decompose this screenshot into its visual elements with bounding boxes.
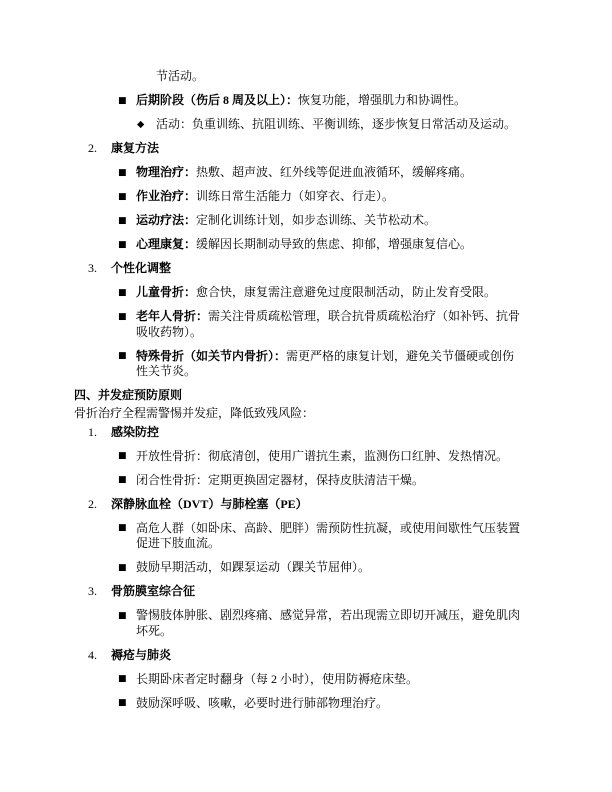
- block-square: ■闭合性骨折：定期更换固定器材，保持皮肤清洁干燥。: [74, 473, 526, 489]
- bold-lead: 褥疮与肺炎: [111, 648, 171, 662]
- block-square: ■心理康复：缓解因长期制动导致的焦虑、抑郁，增强康复信心。: [74, 237, 526, 253]
- document-page: 节活动。■后期阶段（伤后 8 周及以上）：恢复功能，增强肌力和协调性。◆活动：负…: [0, 0, 612, 792]
- text-run: 活动：负重训练、抗阻训练、平衡训练，逐步恢复日常活动及运动。: [156, 117, 516, 131]
- block-square: ■物理治疗：热敷、超声波、红外线等促进血液循环，缓解疼痛。: [74, 165, 526, 181]
- block-square: ■高危人群（如卧床、高龄、肥胖）需预防性抗凝，或使用间歇性气压装置促进下肢血流。: [74, 521, 526, 552]
- text-run: 节活动。: [156, 69, 204, 83]
- block-numbered: 1.感染防控: [74, 425, 526, 441]
- text-run: 高危人群（如卧床、高龄、肥胖）需预防性抗凝，或使用间歇性气压装置促进下肢血流。: [136, 521, 520, 551]
- text-run: 训练日常生活能力（如穿衣、行走）。: [196, 189, 394, 203]
- list-number: 2.: [88, 497, 97, 513]
- square-bullet-icon: ■: [118, 166, 127, 182]
- square-bullet-icon: ■: [118, 473, 127, 489]
- bold-lead: 老年人骨折：: [136, 309, 208, 323]
- text-run: 缓解因长期制动导致的焦虑、抑郁，增强康复信心。: [196, 237, 472, 251]
- block-numbered: 2.康复方法: [74, 141, 526, 157]
- text-run: 闭合性骨折：定期更换固定器材，保持皮肤清洁干燥。: [136, 473, 424, 487]
- text-run: 开放性骨折：彻底清创，使用广谱抗生素，监测伤口红肿、发热情况。: [136, 449, 508, 463]
- block-square: ■特殊骨折（如关节内骨折）：需更严格的康复计划，避免关节僵硬或创伤性关节炎。: [74, 349, 526, 380]
- square-bullet-icon: ■: [118, 561, 127, 577]
- text-run: 恢复功能，增强肌力和协调性。: [298, 93, 466, 107]
- diamond-bullet-icon: ◆: [137, 117, 144, 133]
- block-square: ■开放性骨折：彻底清创，使用广谱抗生素，监测伤口红肿、发热情况。: [74, 449, 526, 465]
- bold-lead: 深静脉血栓（DVT）与肺栓塞（PE）: [111, 497, 308, 511]
- text-run: 鼓励深呼吸、咳嗽，必要时进行肺部物理治疗。: [136, 696, 388, 710]
- square-bullet-icon: ■: [118, 609, 127, 625]
- bold-lead: 心理康复：: [136, 237, 196, 251]
- square-bullet-icon: ■: [118, 238, 127, 254]
- square-bullet-icon: ■: [118, 349, 127, 365]
- list-number: 3.: [88, 584, 97, 600]
- square-bullet-icon: ■: [118, 190, 127, 206]
- text-run: 骨折治疗全程需警惕并发症，降低致残风险：: [74, 406, 314, 420]
- bold-lead: 儿童骨折：: [136, 285, 196, 299]
- block-heading: 四、并发症预防原则: [74, 388, 526, 404]
- block-numbered: 2.深静脉血栓（DVT）与肺栓塞（PE）: [74, 497, 526, 513]
- text-run: 愈合快，康复需注意避免过度限制活动，防止发育受限。: [196, 285, 496, 299]
- square-bullet-icon: ■: [118, 449, 127, 465]
- list-number: 1.: [88, 425, 97, 441]
- block-square: ■老年人骨折：需关注骨质疏松管理，联合抗骨质疏松治疗（如补钙、抗骨吸收药物）。: [74, 309, 526, 340]
- block-para: 骨折治疗全程需警惕并发症，降低致残风险：: [74, 406, 526, 422]
- block-square: ■儿童骨折：愈合快，康复需注意避免过度限制活动，防止发育受限。: [74, 285, 526, 301]
- text-run: 长期卧床者定时翻身（每 2 小时），使用防褥疮床垫。: [136, 672, 418, 686]
- list-number: 4.: [88, 648, 97, 664]
- text-run: 定制化训练计划，如步态训练、关节松动术。: [196, 213, 436, 227]
- square-bullet-icon: ■: [118, 94, 127, 110]
- text-run: 警惕肢体肿胀、剧烈疼痛、感觉异常，若出现需立即切开减压，避免肌肉坏死。: [136, 608, 520, 638]
- block-square: ■鼓励深呼吸、咳嗽，必要时进行肺部物理治疗。: [74, 696, 526, 712]
- square-bullet-icon: ■: [118, 672, 127, 688]
- block-square: ■长期卧床者定时翻身（每 2 小时），使用防褥疮床垫。: [74, 672, 526, 688]
- bold-lead: 骨筋膜室综合征: [111, 584, 195, 598]
- block-numbered: 3.骨筋膜室综合征: [74, 584, 526, 600]
- block-continuation: 节活动。: [74, 69, 526, 85]
- block-diamond: ◆活动：负重训练、抗阻训练、平衡训练，逐步恢复日常活动及运动。: [74, 117, 526, 133]
- block-square: ■后期阶段（伤后 8 周及以上）：恢复功能，增强肌力和协调性。: [74, 93, 526, 109]
- square-bullet-icon: ■: [118, 696, 127, 712]
- block-square: ■作业治疗：训练日常生活能力（如穿衣、行走）。: [74, 189, 526, 205]
- bold-lead: 运动疗法：: [136, 213, 196, 227]
- bold-lead: 后期阶段（伤后 8 周及以上）：: [136, 93, 298, 107]
- bold-lead: 个性化调整: [111, 261, 171, 275]
- square-bullet-icon: ■: [118, 310, 127, 326]
- block-square: ■警惕肢体肿胀、剧烈疼痛、感觉异常，若出现需立即切开减压，避免肌肉坏死。: [74, 608, 526, 639]
- block-square: ■运动疗法：定制化训练计划，如步态训练、关节松动术。: [74, 213, 526, 229]
- block-numbered: 3.个性化调整: [74, 261, 526, 277]
- bold-lead: 康复方法: [111, 141, 159, 155]
- text-run: 四、并发症预防原则: [74, 388, 182, 402]
- block-numbered: 4.褥疮与肺炎: [74, 648, 526, 664]
- square-bullet-icon: ■: [118, 521, 127, 537]
- list-number: 3.: [88, 261, 97, 277]
- document-body: 节活动。■后期阶段（伤后 8 周及以上）：恢复功能，增强肌力和协调性。◆活动：负…: [74, 69, 526, 720]
- bold-lead: 作业治疗：: [136, 189, 196, 203]
- square-bullet-icon: ■: [118, 286, 127, 302]
- square-bullet-icon: ■: [118, 214, 127, 230]
- text-run: 鼓励早期活动，如踝泵运动（踝关节屈伸）。: [136, 560, 370, 574]
- bold-lead: 特殊骨折（如关节内骨折）：: [136, 349, 286, 363]
- bold-lead: 物理治疗：: [136, 165, 196, 179]
- bold-lead: 感染防控: [111, 425, 159, 439]
- text-run: 热敷、超声波、红外线等促进血液循环，缓解疼痛。: [196, 165, 472, 179]
- list-number: 2.: [88, 141, 97, 157]
- block-square: ■鼓励早期活动，如踝泵运动（踝关节屈伸）。: [74, 560, 526, 576]
